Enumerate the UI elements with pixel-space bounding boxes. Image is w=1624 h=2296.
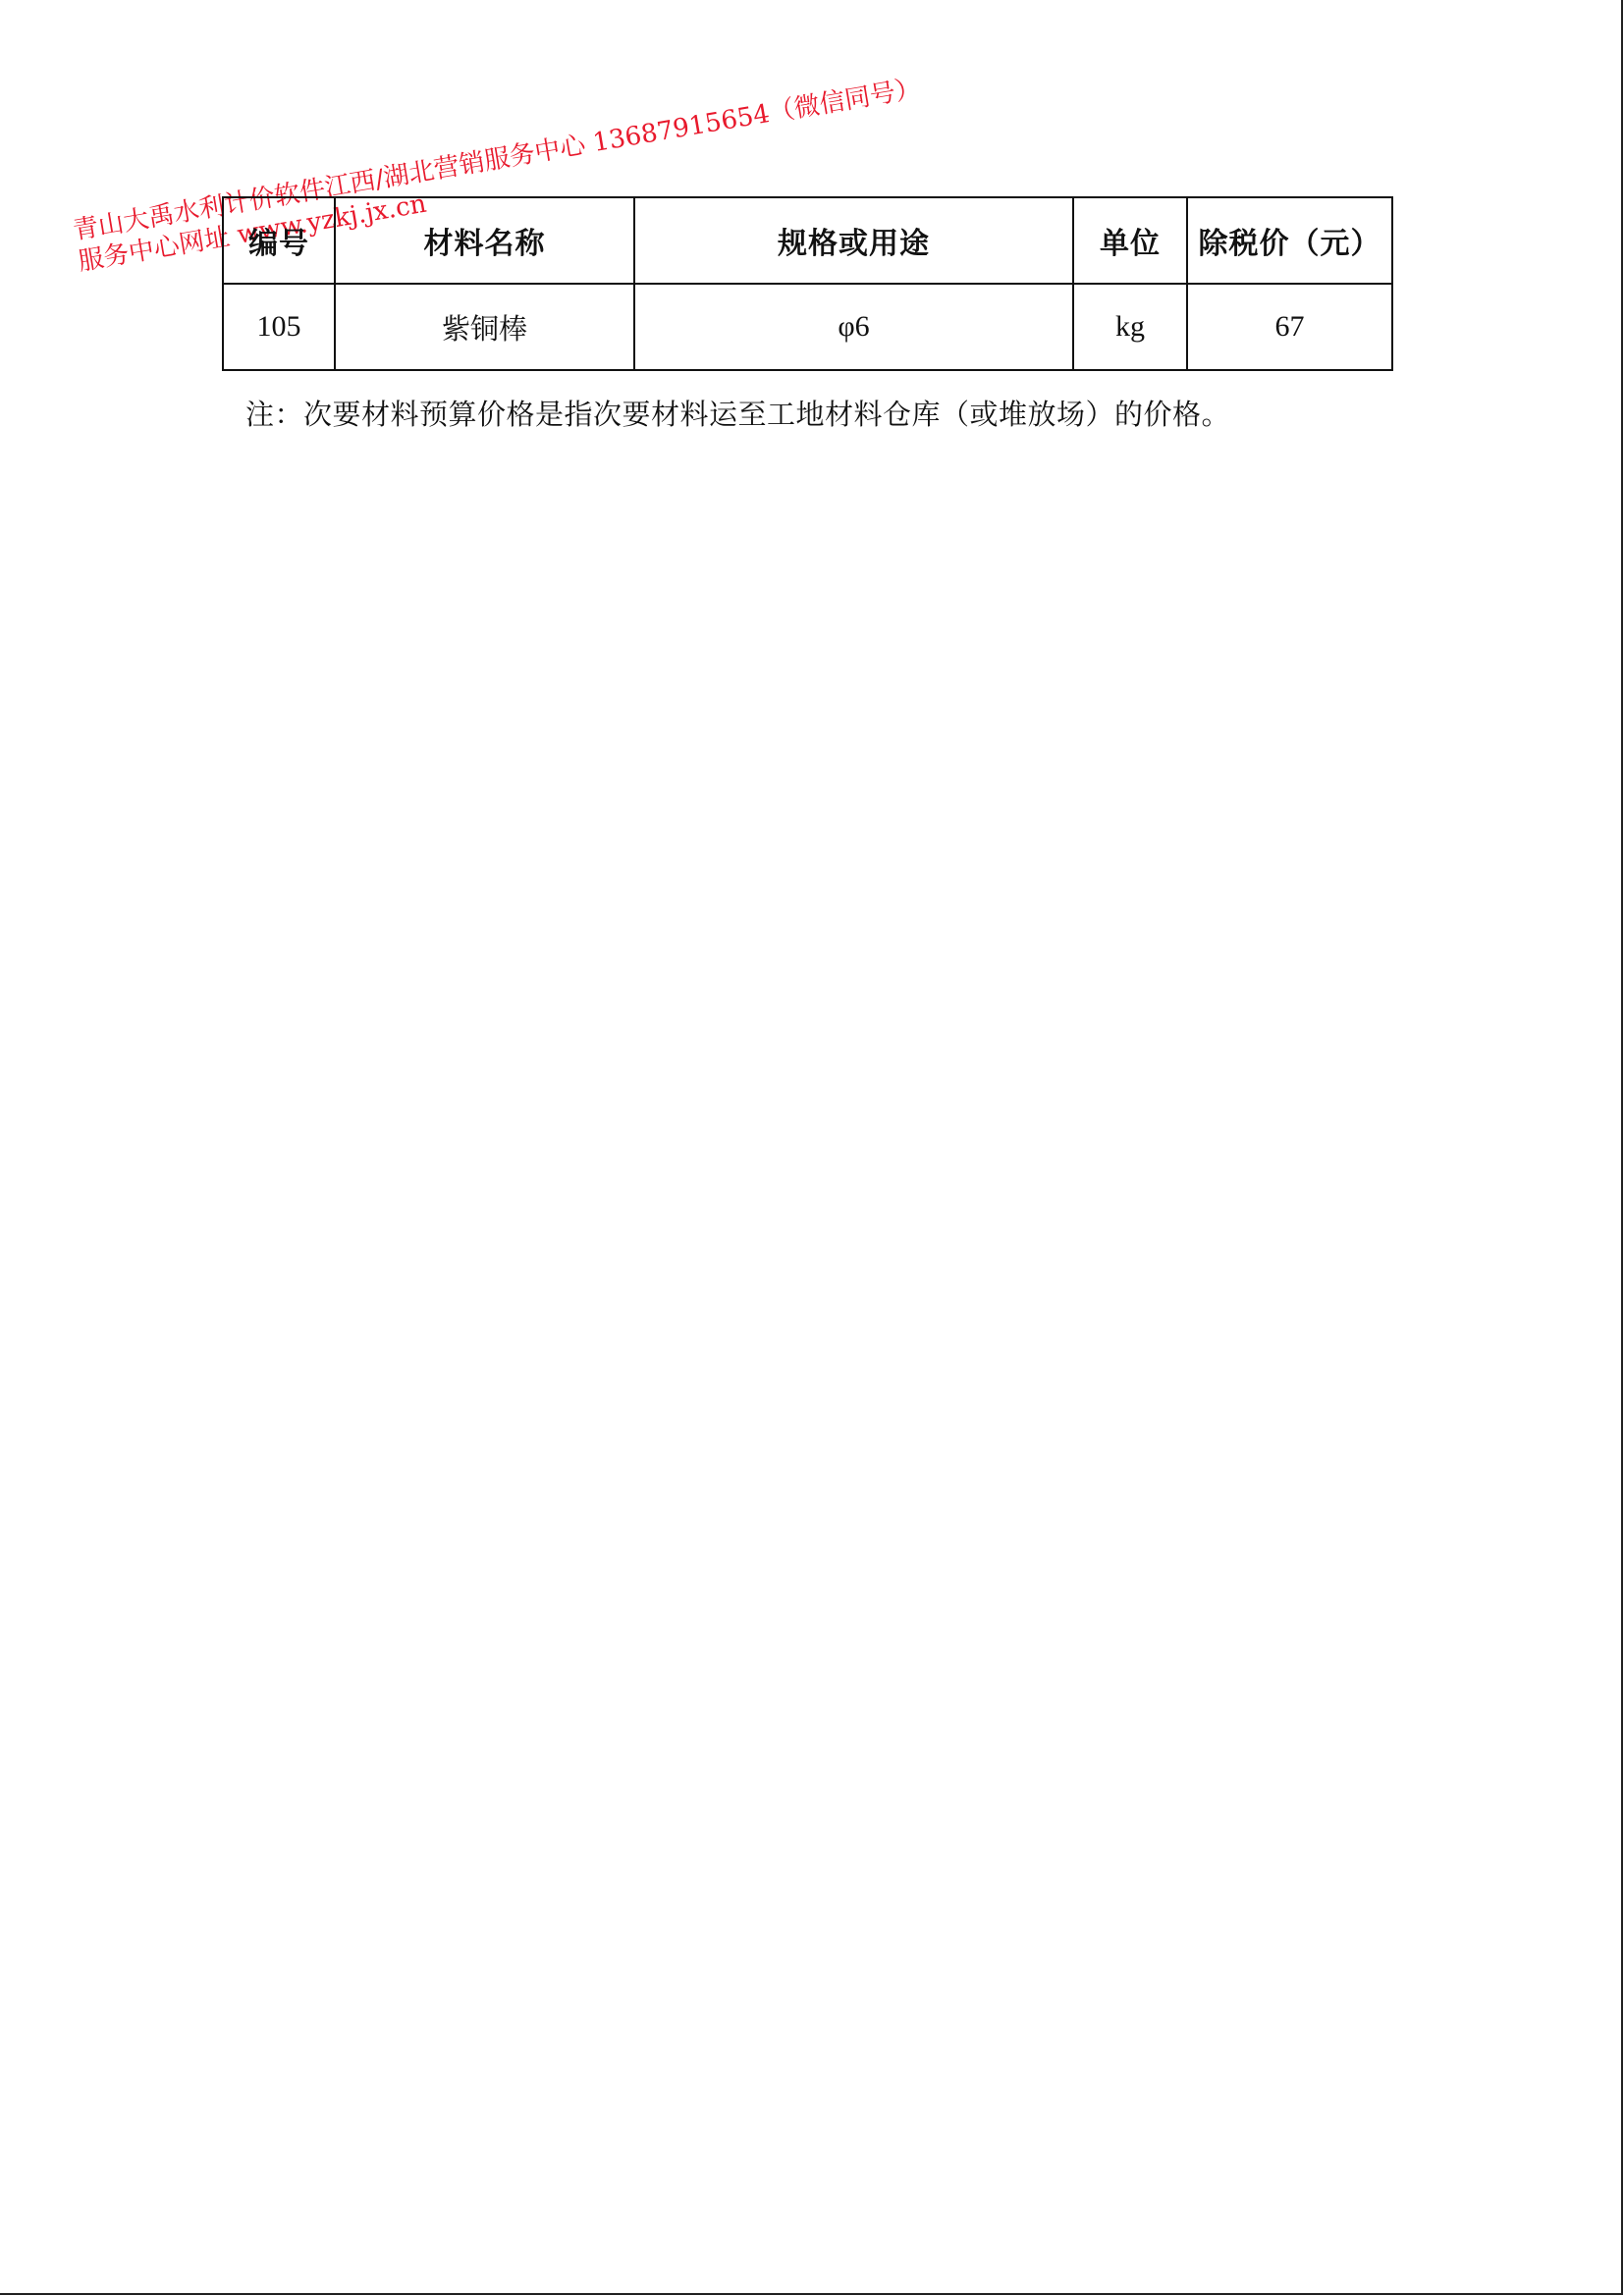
cell-unit: kg [1073, 284, 1187, 370]
cell-material-name: 紫铜棒 [335, 284, 634, 370]
header-unit: 单位 [1073, 197, 1187, 284]
cell-id: 105 [223, 284, 335, 370]
table-row: 105 紫铜棒 φ6 kg 67 [223, 284, 1392, 370]
cell-spec: φ6 [634, 284, 1073, 370]
header-material-name: 材料名称 [335, 197, 634, 284]
cell-price: 67 [1187, 284, 1392, 370]
header-spec: 规格或用途 [634, 197, 1073, 284]
table-header-row: 编号 材料名称 规格或用途 单位 除税价（元） [223, 197, 1392, 284]
header-id: 编号 [223, 197, 335, 284]
materials-price-table: 编号 材料名称 规格或用途 单位 除税价（元） 105 紫铜棒 φ6 kg 67 [222, 196, 1393, 371]
header-price: 除税价（元） [1187, 197, 1392, 284]
footnote: 注：次要材料预算价格是指次要材料运至工地材料仓库（或堆放场）的价格。 [245, 393, 1230, 433]
